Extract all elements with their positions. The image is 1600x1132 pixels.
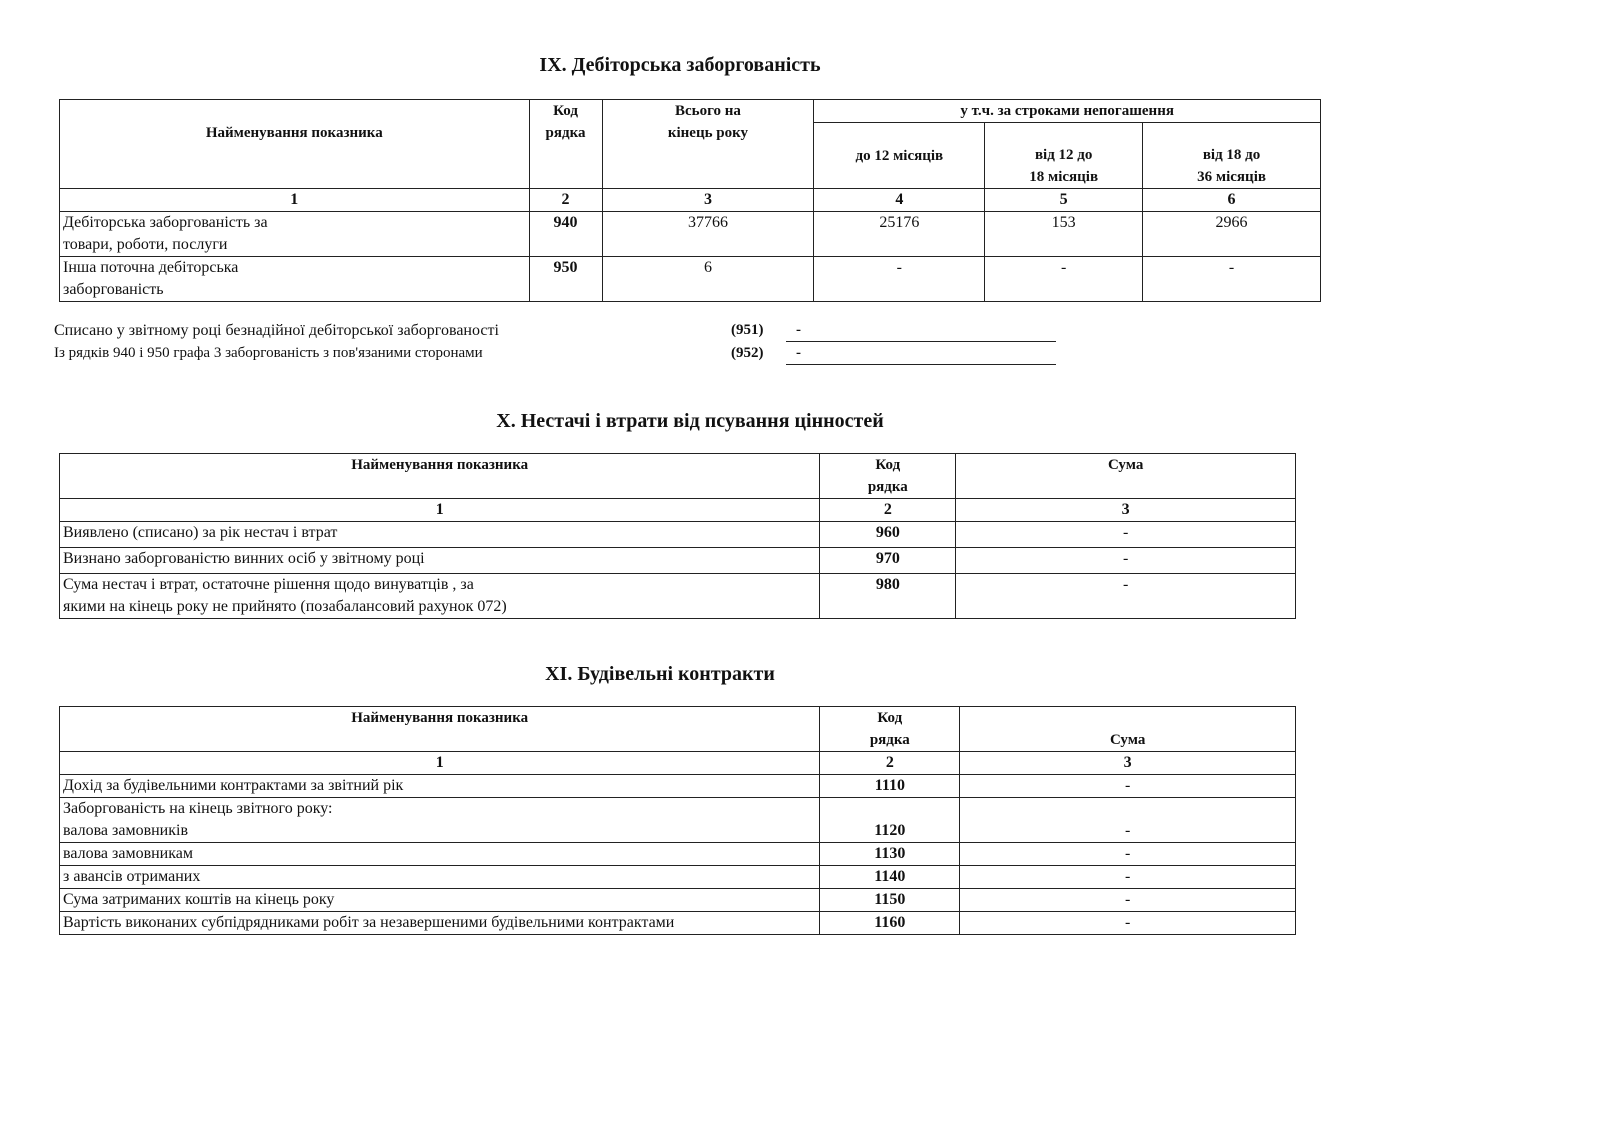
header-code-line2: рядка bbox=[823, 729, 956, 751]
row-name: з авансів отриманих bbox=[60, 866, 820, 889]
row-period-3: - bbox=[1143, 257, 1321, 302]
table-row: Заборгованість на кінець звітного року:в… bbox=[60, 798, 1296, 843]
row-name: Визнано заборгованістю винних осіб у зві… bbox=[60, 548, 820, 574]
header-code: Код рядка bbox=[529, 100, 602, 189]
row-total: 37766 bbox=[602, 212, 814, 257]
table-row: Сума нестач і втрат, остаточне рішення щ… bbox=[60, 574, 1296, 619]
row-code: 1120 bbox=[820, 798, 960, 843]
header-name: Найменування показника bbox=[60, 454, 820, 499]
row-sum: - bbox=[960, 798, 1296, 843]
row-sum: - bbox=[956, 574, 1296, 619]
note-951-text: Списано у звітному році безнадійної дебі… bbox=[54, 322, 499, 340]
header-period-3-line1: від 18 до bbox=[1146, 144, 1317, 166]
row-sum: - bbox=[960, 775, 1296, 798]
table-row: Виявлено (списано) за рік нестач і втрат… bbox=[60, 522, 1296, 548]
colnum: 2 bbox=[820, 752, 960, 775]
header-total: Всього на кінець року bbox=[602, 100, 814, 189]
colnum: 4 bbox=[814, 189, 985, 212]
header-period-2-line2: 18 місяців bbox=[988, 166, 1139, 188]
row-name: Сума нестач і втрат, остаточне рішення щ… bbox=[60, 574, 820, 619]
section-10-title: X. Нестачі і втрати від псування цінност… bbox=[400, 410, 980, 433]
colnum: 2 bbox=[820, 499, 956, 522]
header-name: Найменування показника bbox=[60, 100, 530, 189]
colnum: 2 bbox=[529, 189, 602, 212]
section-11-title: XI. Будівельні контракти bbox=[420, 663, 900, 686]
header-name: Найменування показника bbox=[60, 707, 820, 752]
row-code: 940 bbox=[529, 212, 602, 257]
row-name: Дохід за будівельними контрактами за зві… bbox=[60, 775, 820, 798]
row-sum: - bbox=[960, 866, 1296, 889]
colnum: 1 bbox=[60, 189, 530, 212]
colnum: 3 bbox=[602, 189, 814, 212]
header-code-text: Код рядка bbox=[541, 100, 591, 144]
table-row: Сума затриманих коштів на кінець року 11… bbox=[60, 889, 1296, 912]
table-row: Дебіторська заборгованість затовари, роб… bbox=[60, 212, 1321, 257]
row-code: 1140 bbox=[820, 866, 960, 889]
colnum: 1 bbox=[60, 752, 820, 775]
colnum: 5 bbox=[985, 189, 1143, 212]
note-952-text: Із рядків 940 і 950 графа 3 заборгованіс… bbox=[54, 345, 483, 362]
row-name: Сума затриманих коштів на кінець року bbox=[60, 889, 820, 912]
table-row: з авансів отриманих 1140 - bbox=[60, 866, 1296, 889]
row-sum: - bbox=[960, 889, 1296, 912]
table-row: Дохід за будівельними контрактами за зві… bbox=[60, 775, 1296, 798]
row-name-line2: заборгованість bbox=[63, 279, 526, 301]
table-row: Інша поточна дебіторськазаборгованість 9… bbox=[60, 257, 1321, 302]
colnum: 6 bbox=[1143, 189, 1321, 212]
header-period-3-line2: 36 місяців bbox=[1146, 166, 1317, 188]
note-952-value: - bbox=[786, 345, 1056, 365]
row-period-3: 2966 bbox=[1143, 212, 1321, 257]
header-total-text: Всього на кінець року bbox=[653, 100, 763, 144]
row-code: 1110 bbox=[820, 775, 960, 798]
row-name: Заборгованість на кінець звітного року:в… bbox=[60, 798, 820, 843]
row-name-line1: Заборгованість на кінець звітного року: bbox=[63, 798, 816, 820]
row-sum: - bbox=[956, 522, 1296, 548]
header-code-line1: Код bbox=[823, 454, 952, 476]
row-sum: - bbox=[960, 843, 1296, 866]
construction-contracts-table: Найменування показника Кодрядка Сума 1 2… bbox=[59, 706, 1296, 935]
row-name: Виявлено (списано) за рік нестач і втрат bbox=[60, 522, 820, 548]
row-name-line2: товари, роботи, послуги bbox=[63, 234, 526, 256]
colnum: 1 bbox=[60, 499, 820, 522]
colnum: 3 bbox=[960, 752, 1296, 775]
header-group: у т.ч. за строками непогашення bbox=[814, 100, 1321, 123]
row-period-1: - bbox=[814, 257, 985, 302]
row-name-line1: Сума нестач і втрат, остаточне рішення щ… bbox=[63, 574, 816, 596]
table-row: Визнано заборгованістю винних осіб у зві… bbox=[60, 548, 1296, 574]
note-951-value: - bbox=[786, 322, 1056, 342]
note-951-code: (951) bbox=[731, 322, 764, 339]
row-code: 970 bbox=[820, 548, 956, 574]
row-name-line1: Інша поточна дебіторська bbox=[63, 257, 526, 279]
row-name-line1: Дебіторська заборгованість за bbox=[63, 212, 526, 234]
header-period-1: до 12 місяців bbox=[814, 123, 985, 189]
row-name-line2: валова замовників bbox=[63, 820, 816, 842]
row-code: 1150 bbox=[820, 889, 960, 912]
header-period-2: від 12 до18 місяців bbox=[985, 123, 1143, 189]
row-period-2: 153 bbox=[985, 212, 1143, 257]
header-sum: Сума bbox=[956, 454, 1296, 499]
header-period-3: від 18 до36 місяців bbox=[1143, 123, 1321, 189]
row-name: валова замовникам bbox=[60, 843, 820, 866]
row-name: Інша поточна дебіторськазаборгованість bbox=[60, 257, 530, 302]
row-code: 1160 bbox=[820, 912, 960, 935]
row-name: Вартість виконаних субпідрядниками робіт… bbox=[60, 912, 820, 935]
row-sum: - bbox=[956, 548, 1296, 574]
header-period-2-line1: від 12 до bbox=[988, 144, 1139, 166]
row-period-2: - bbox=[985, 257, 1143, 302]
row-total: 6 bbox=[602, 257, 814, 302]
table-row: Вартість виконаних субпідрядниками робіт… bbox=[60, 912, 1296, 935]
row-code: 980 bbox=[820, 574, 956, 619]
section-9-title: IX. Дебіторська заборгованість bbox=[400, 54, 960, 77]
table-row: валова замовникам 1130 - bbox=[60, 843, 1296, 866]
row-code: 1130 bbox=[820, 843, 960, 866]
row-period-1: 25176 bbox=[814, 212, 985, 257]
row-sum: - bbox=[960, 912, 1296, 935]
header-code: Кодрядка bbox=[820, 707, 960, 752]
header-code: Кодрядка bbox=[820, 454, 956, 499]
receivables-table: Найменування показника Код рядка Всього … bbox=[59, 99, 1321, 302]
row-name-line2: якими на кінець року не прийнято (позаба… bbox=[63, 596, 816, 618]
header-code-line2: рядка bbox=[823, 476, 952, 498]
row-name: Дебіторська заборгованість затовари, роб… bbox=[60, 212, 530, 257]
row-code: 950 bbox=[529, 257, 602, 302]
note-952-code: (952) bbox=[731, 345, 764, 362]
header-code-line1: Код bbox=[823, 707, 956, 729]
row-code: 960 bbox=[820, 522, 956, 548]
header-sum: Сума bbox=[960, 707, 1296, 752]
colnum: 3 bbox=[956, 499, 1296, 522]
losses-table: Найменування показника Кодрядка Сума 1 2… bbox=[59, 453, 1296, 619]
